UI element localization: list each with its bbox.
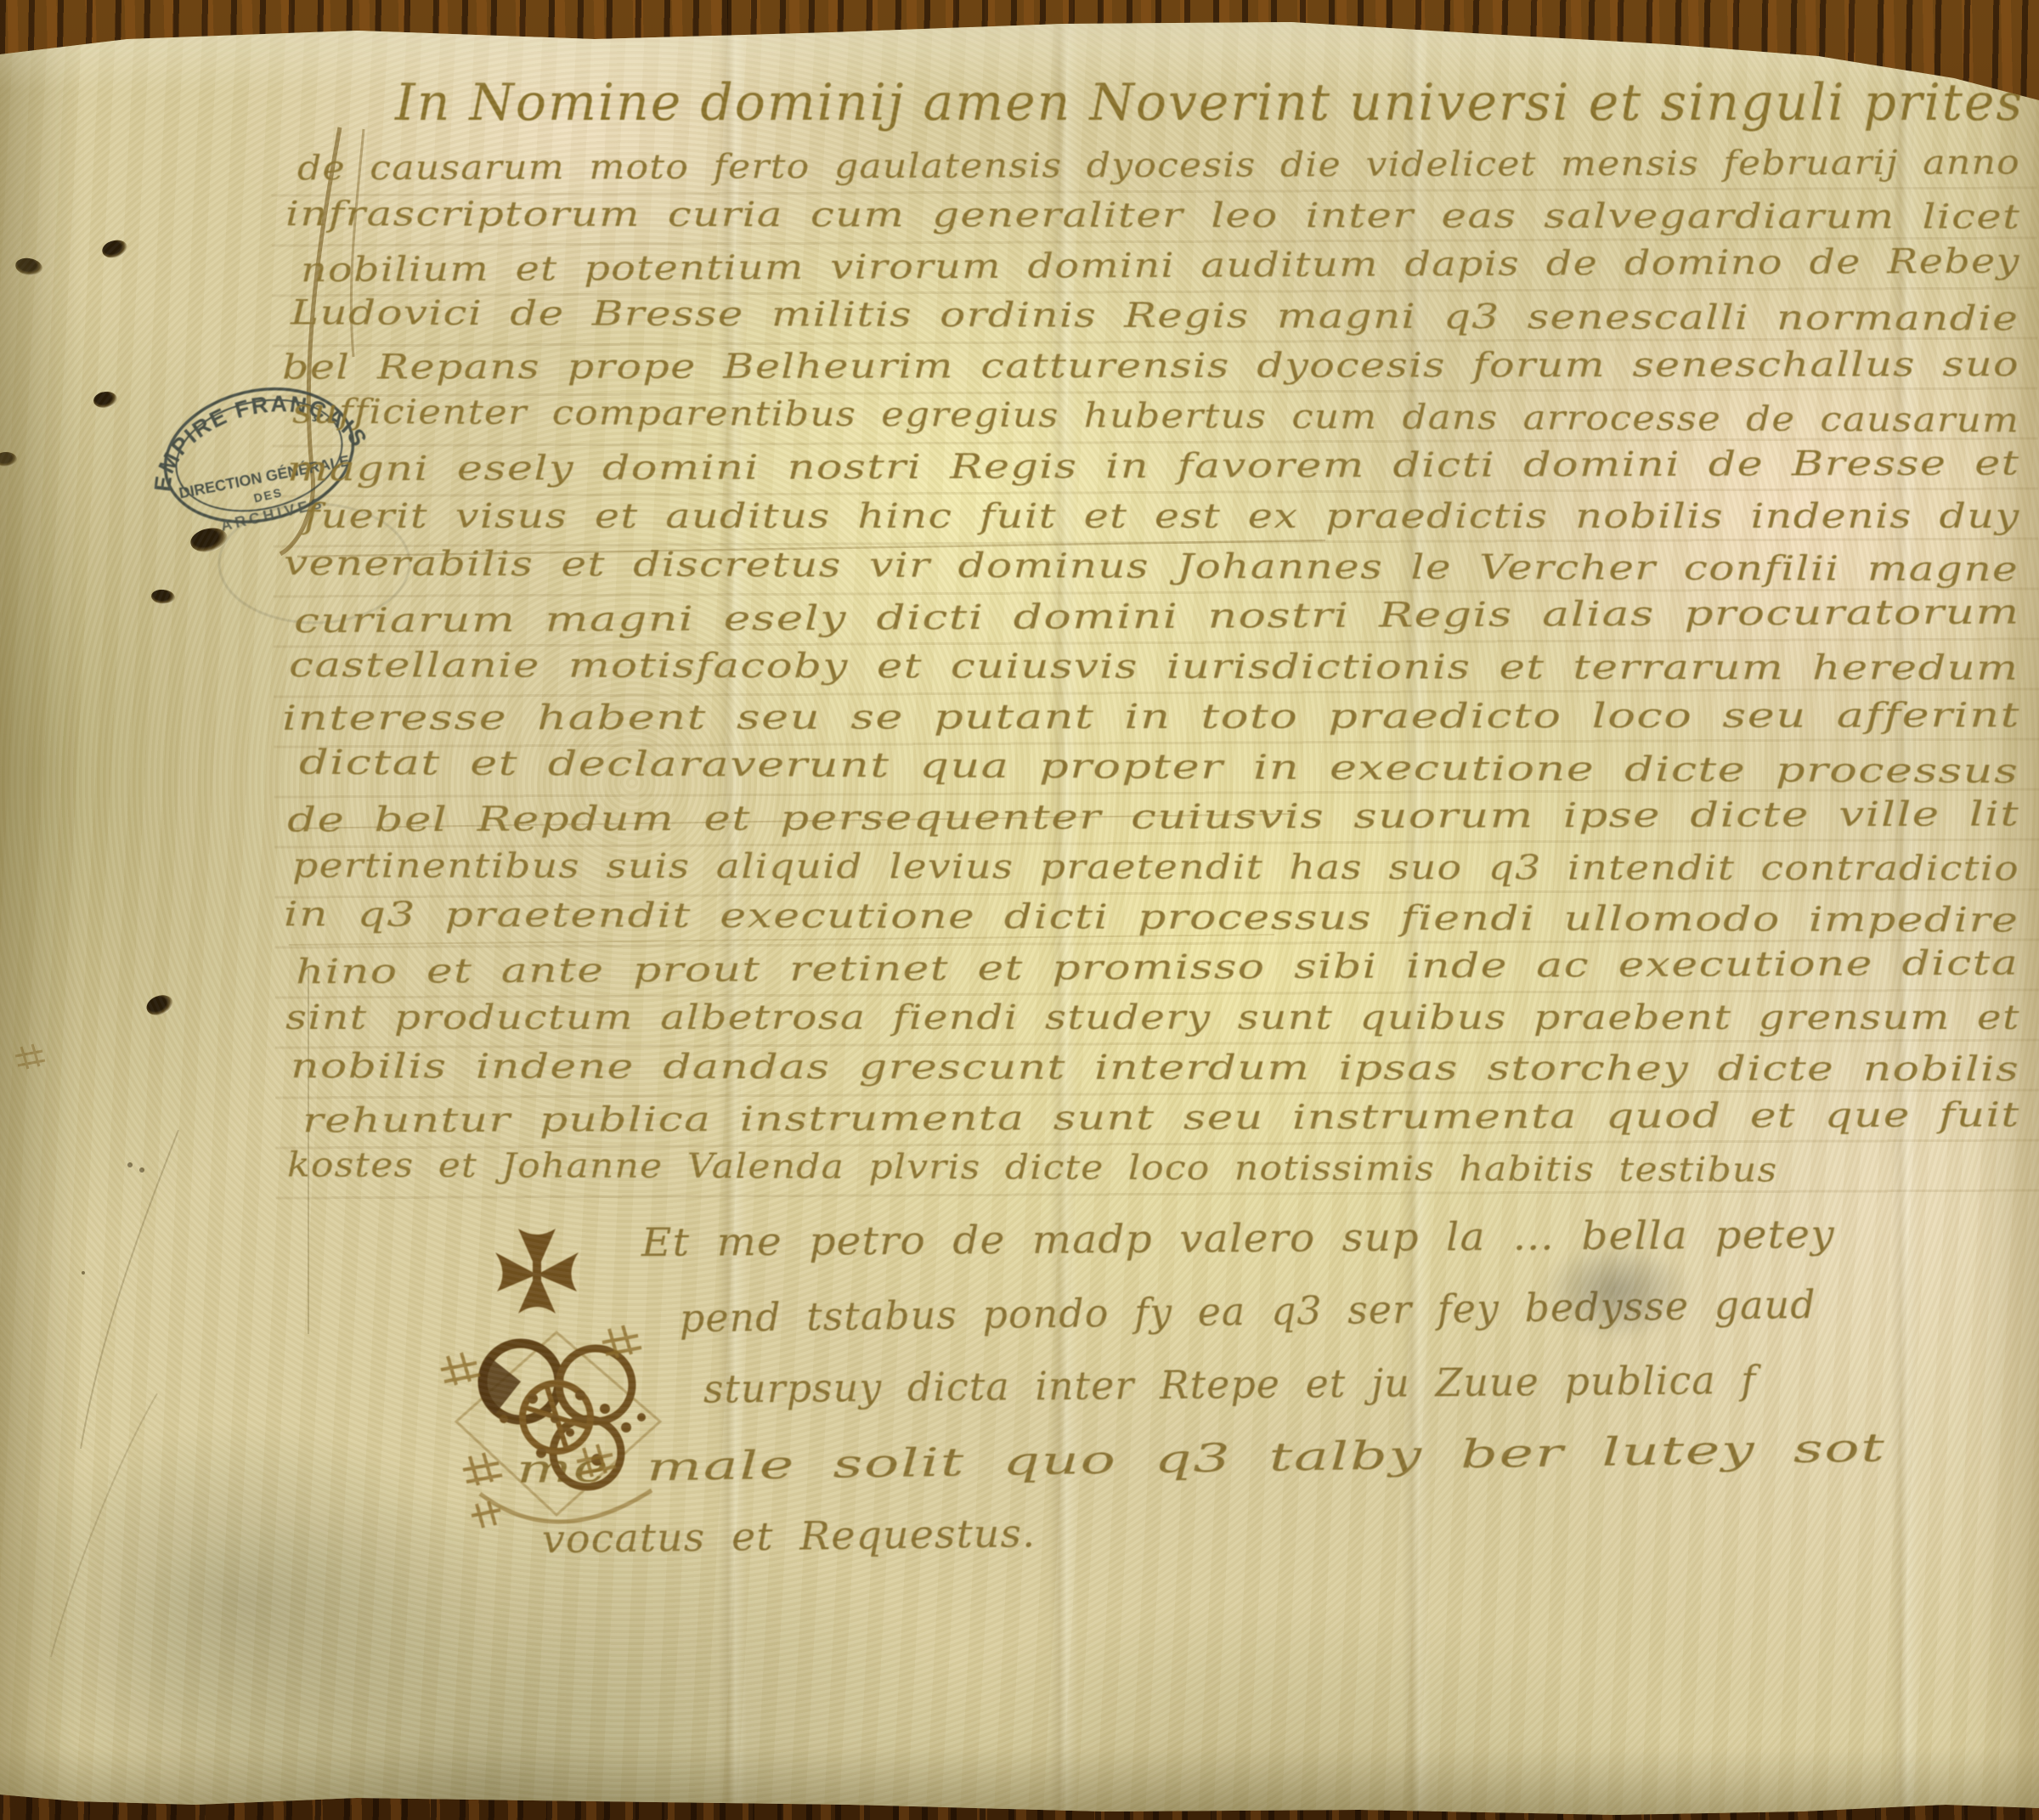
manuscript-line: hino et ante prout retinet et promisso s… <box>282 944 2039 1003</box>
parchment-hole <box>14 256 44 277</box>
cross-pattee-icon <box>495 1229 579 1314</box>
main-text-block: de causarum moto ferto gaulatensis dyoce… <box>282 146 2039 1225</box>
manuscript-line: interesse habent seu se putant in toto p… <box>282 696 2039 749</box>
manuscript-line: dictat et declaraverunt qua propter in e… <box>282 743 2039 803</box>
ink-speck <box>82 1271 85 1275</box>
stamp-line-3: DES <box>252 485 285 505</box>
manuscript-line: curiarum magni esely dicti domini nostri… <box>282 593 2039 653</box>
wood-plank-seam <box>727 0 731 36</box>
manuscript-line: magni esely domini nostri Regis in favor… <box>282 444 2039 500</box>
quatrefoil-knot-icon <box>456 1332 660 1522</box>
manuscript-line: castellanie motisfacoby et cuiusvis iuri… <box>282 646 2039 699</box>
manuscript-line: in q3 praetendit executione dicti proces… <box>282 895 2039 951</box>
manuscript-opening-line: In Nomine dominij amen Noverint universi… <box>395 73 2039 144</box>
notary-sign <box>429 1205 701 1570</box>
parchment-hole <box>144 992 176 1019</box>
manuscript-line: Ludovici de Bresse militis ordinis Regis… <box>282 293 2039 349</box>
manuscript-line: venerabilis et discretus vir dominus Joh… <box>282 544 2039 600</box>
manuscript-line: de bel Repdum et persequenter cuiusvis s… <box>282 794 2039 851</box>
manuscript-line: nobilis indene dandas grescunt interdum … <box>282 1047 2039 1100</box>
manuscript-line: de causarum moto ferto gaulatensis dyoce… <box>282 143 2039 199</box>
parchment-sheet: EMPIRE FRANÇAIS DIRECTION GÉNÉRALE DES A… <box>0 0 2039 1820</box>
manuscript-line: pertinentibus suis aliquid levius praete… <box>282 846 2039 900</box>
ink-speck <box>139 1167 144 1173</box>
manuscript-line: nobilium et potentium virorum domini aud… <box>282 242 2039 302</box>
closing-text-block: Et me petro de madp valero sup la … bell… <box>493 1215 2039 1614</box>
manuscript-line: bel Repans prope Belheurim catturensis d… <box>282 345 2039 398</box>
parchment-hole <box>100 237 129 260</box>
ink-speck <box>127 1162 133 1167</box>
manuscript-line: infrascriptorum curia cum generaliter le… <box>282 195 2039 248</box>
manuscript-line: kostes et Johanne Valenda plvris dicte l… <box>282 1145 2039 1201</box>
parchment-hole <box>93 390 118 410</box>
ink-smudge <box>1539 1242 1692 1340</box>
parchment-hole <box>0 452 17 466</box>
manuscript-line: sufficienter comparentibus egregius hube… <box>282 393 2039 452</box>
manuscript-line: rehuntur publica instrumenta sunt seu in… <box>282 1095 2039 1151</box>
manuscript-line: fuerit visus et auditus hinc fuit et est… <box>282 497 2039 547</box>
manuscript-line: sint productum albetrosa fiendi studery … <box>282 998 2039 1048</box>
hatch-mark-icon <box>15 1044 45 1069</box>
